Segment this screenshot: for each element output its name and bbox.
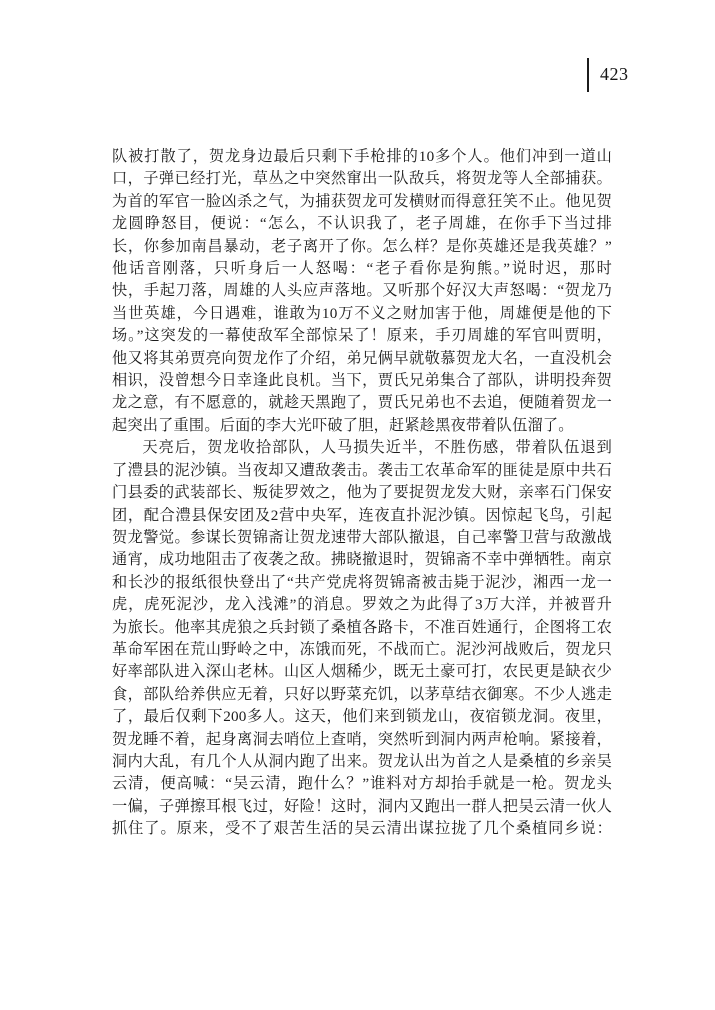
text-line: 当世英雄，今日遇难，谁敢为10万不义之财加害于他，周雄便是他的下 <box>112 303 612 325</box>
text-line: 好率部队进入深山老林。山区人烟稀少，既无土豪可打，农民更是缺衣少 <box>112 661 612 683</box>
text-line: 他又将其弟贾亮向贺龙作了介绍，弟兄俩早就敬慕贺龙大名，一直没机会 <box>112 348 612 370</box>
text-line: 为旅长。他率其虎狼之兵封锁了桑植各路卡，不准百姓通行，企图将工农 <box>112 617 612 639</box>
text-line: 贺龙警觉。参谋长贺锦斋让贺龙速带大部队撤退，自己率警卫营与敌激战 <box>112 527 612 549</box>
text-line: 抓住了。原来，受不了艰苦生活的吴云清出谋拉拢了几个桑植同乡说： <box>112 818 612 840</box>
text-line: 长，你参加南昌暴动，老子离开了你。怎么样？是你英雄还是我英雄？” <box>112 236 612 258</box>
paragraph-2: 天亮后，贺龙收拾部队，人马损失近半，不胜伤感，带着队伍退到 了澧县的泥沙镇。当夜… <box>112 437 612 840</box>
text-line: 团，配合澧县保安团及2营中央军，连夜直扑泥沙镇。因惊起飞鸟，引起 <box>112 505 612 527</box>
text-line: 云清，便高喊：“吴云清，跑什么？”谁料对方却抬手就是一枪。贺龙头 <box>112 773 612 795</box>
text-line: 和长沙的报纸很快登出了“共产党虎将贺锦斋被击毙于泥沙，湘西一龙一 <box>112 572 612 594</box>
text-line: 龙圆睁怒目，便说：“怎么，不认识我了，老子周雄，在你手下当过排 <box>112 213 612 235</box>
text-line: 相识，没曾想今日幸逢此良机。当下，贾氏兄弟集合了部队，讲明投奔贺 <box>112 370 612 392</box>
page-number-block: 423 <box>587 58 629 92</box>
text-line: 快，手起刀落，周雄的人头应声落地。又听那个好汉大声怒喝：“贺龙乃 <box>112 280 612 302</box>
text-line: 场。”这突发的一幕使敌军全部惊呆了！原来，手刃周雄的军官叫贾明， <box>112 325 612 347</box>
text-line: 起突出了重围。后面的李大光吓破了胆，赶紧趁黑夜带着队伍溜了。 <box>112 415 612 437</box>
text-line: 龙之意，有不愿意的，就趁天黑跑了，贾氏兄弟也不去追，便随着贺龙一 <box>112 392 612 414</box>
text-line: 天亮后，贺龙收拾部队，人马损失近半，不胜伤感，带着队伍退到 <box>112 437 612 459</box>
text-line: 虎，虎死泥沙，龙入浅滩”的消息。罗效之为此得了3万大洋，并被晋升 <box>112 594 612 616</box>
book-page: 423 队被打散了，贺龙身边最后只剩下手枪排的10多个人。他们冲到一道山 口，子… <box>0 0 715 1010</box>
page-number-divider <box>587 58 589 92</box>
text-line: 为首的军官一脸凶杀之气，为捕获贺龙可发横财而得意狂笑不止。他见贺 <box>112 191 612 213</box>
text-line: 他话音刚落，只听身后一人怒喝：“老子看你是狗熊。”说时迟，那时 <box>112 258 612 280</box>
text-line: 口，子弹已经打光，草丛之中突然窜出一队敌兵，将贺龙等人全部捕获。 <box>112 168 612 190</box>
text-line: 贺龙睡不着，起身离洞去哨位上查哨，突然听到洞内两声枪响。紧接着， <box>112 729 612 751</box>
text-line: 了，最后仅剩下200多人。这天，他们来到锁龙山，夜宿锁龙洞。夜里， <box>112 706 612 728</box>
text-line: 门县委的武装部长、叛徒罗效之，他为了要捉贺龙发大财，亲率石门保安 <box>112 482 612 504</box>
paragraph-1: 队被打散了，贺龙身边最后只剩下手枪排的10多个人。他们冲到一道山 口，子弹已经打… <box>112 146 612 437</box>
text-line: 一偏，子弹擦耳根飞过，好险！这时，洞内又跑出一群人把吴云清一伙人 <box>112 796 612 818</box>
text-line: 革命军困在荒山野岭之中，冻饿而死，不战而亡。泥沙河战败后，贺龙只 <box>112 639 612 661</box>
body-text: 队被打散了，贺龙身边最后只剩下手枪排的10多个人。他们冲到一道山 口，子弹已经打… <box>112 146 612 841</box>
text-line: 了澧县的泥沙镇。当夜却又遭敌袭击。袭击工农革命军的匪徒是原中共石 <box>112 460 612 482</box>
text-line: 洞内大乱，有几个人从洞内跑了出来。贺龙认出为首之人是桑植的乡亲吴 <box>112 751 612 773</box>
text-line: 通宵，成功地阻击了夜袭之敌。拂晓撤退时，贺锦斋不幸中弹牺牲。南京 <box>112 549 612 571</box>
text-line: 队被打散了，贺龙身边最后只剩下手枪排的10多个人。他们冲到一道山 <box>112 146 612 168</box>
page-number: 423 <box>600 64 629 85</box>
text-line: 食，部队给养供应无着，只好以野菜充饥，以茅草结衣御寒。不少人逃走 <box>112 684 612 706</box>
